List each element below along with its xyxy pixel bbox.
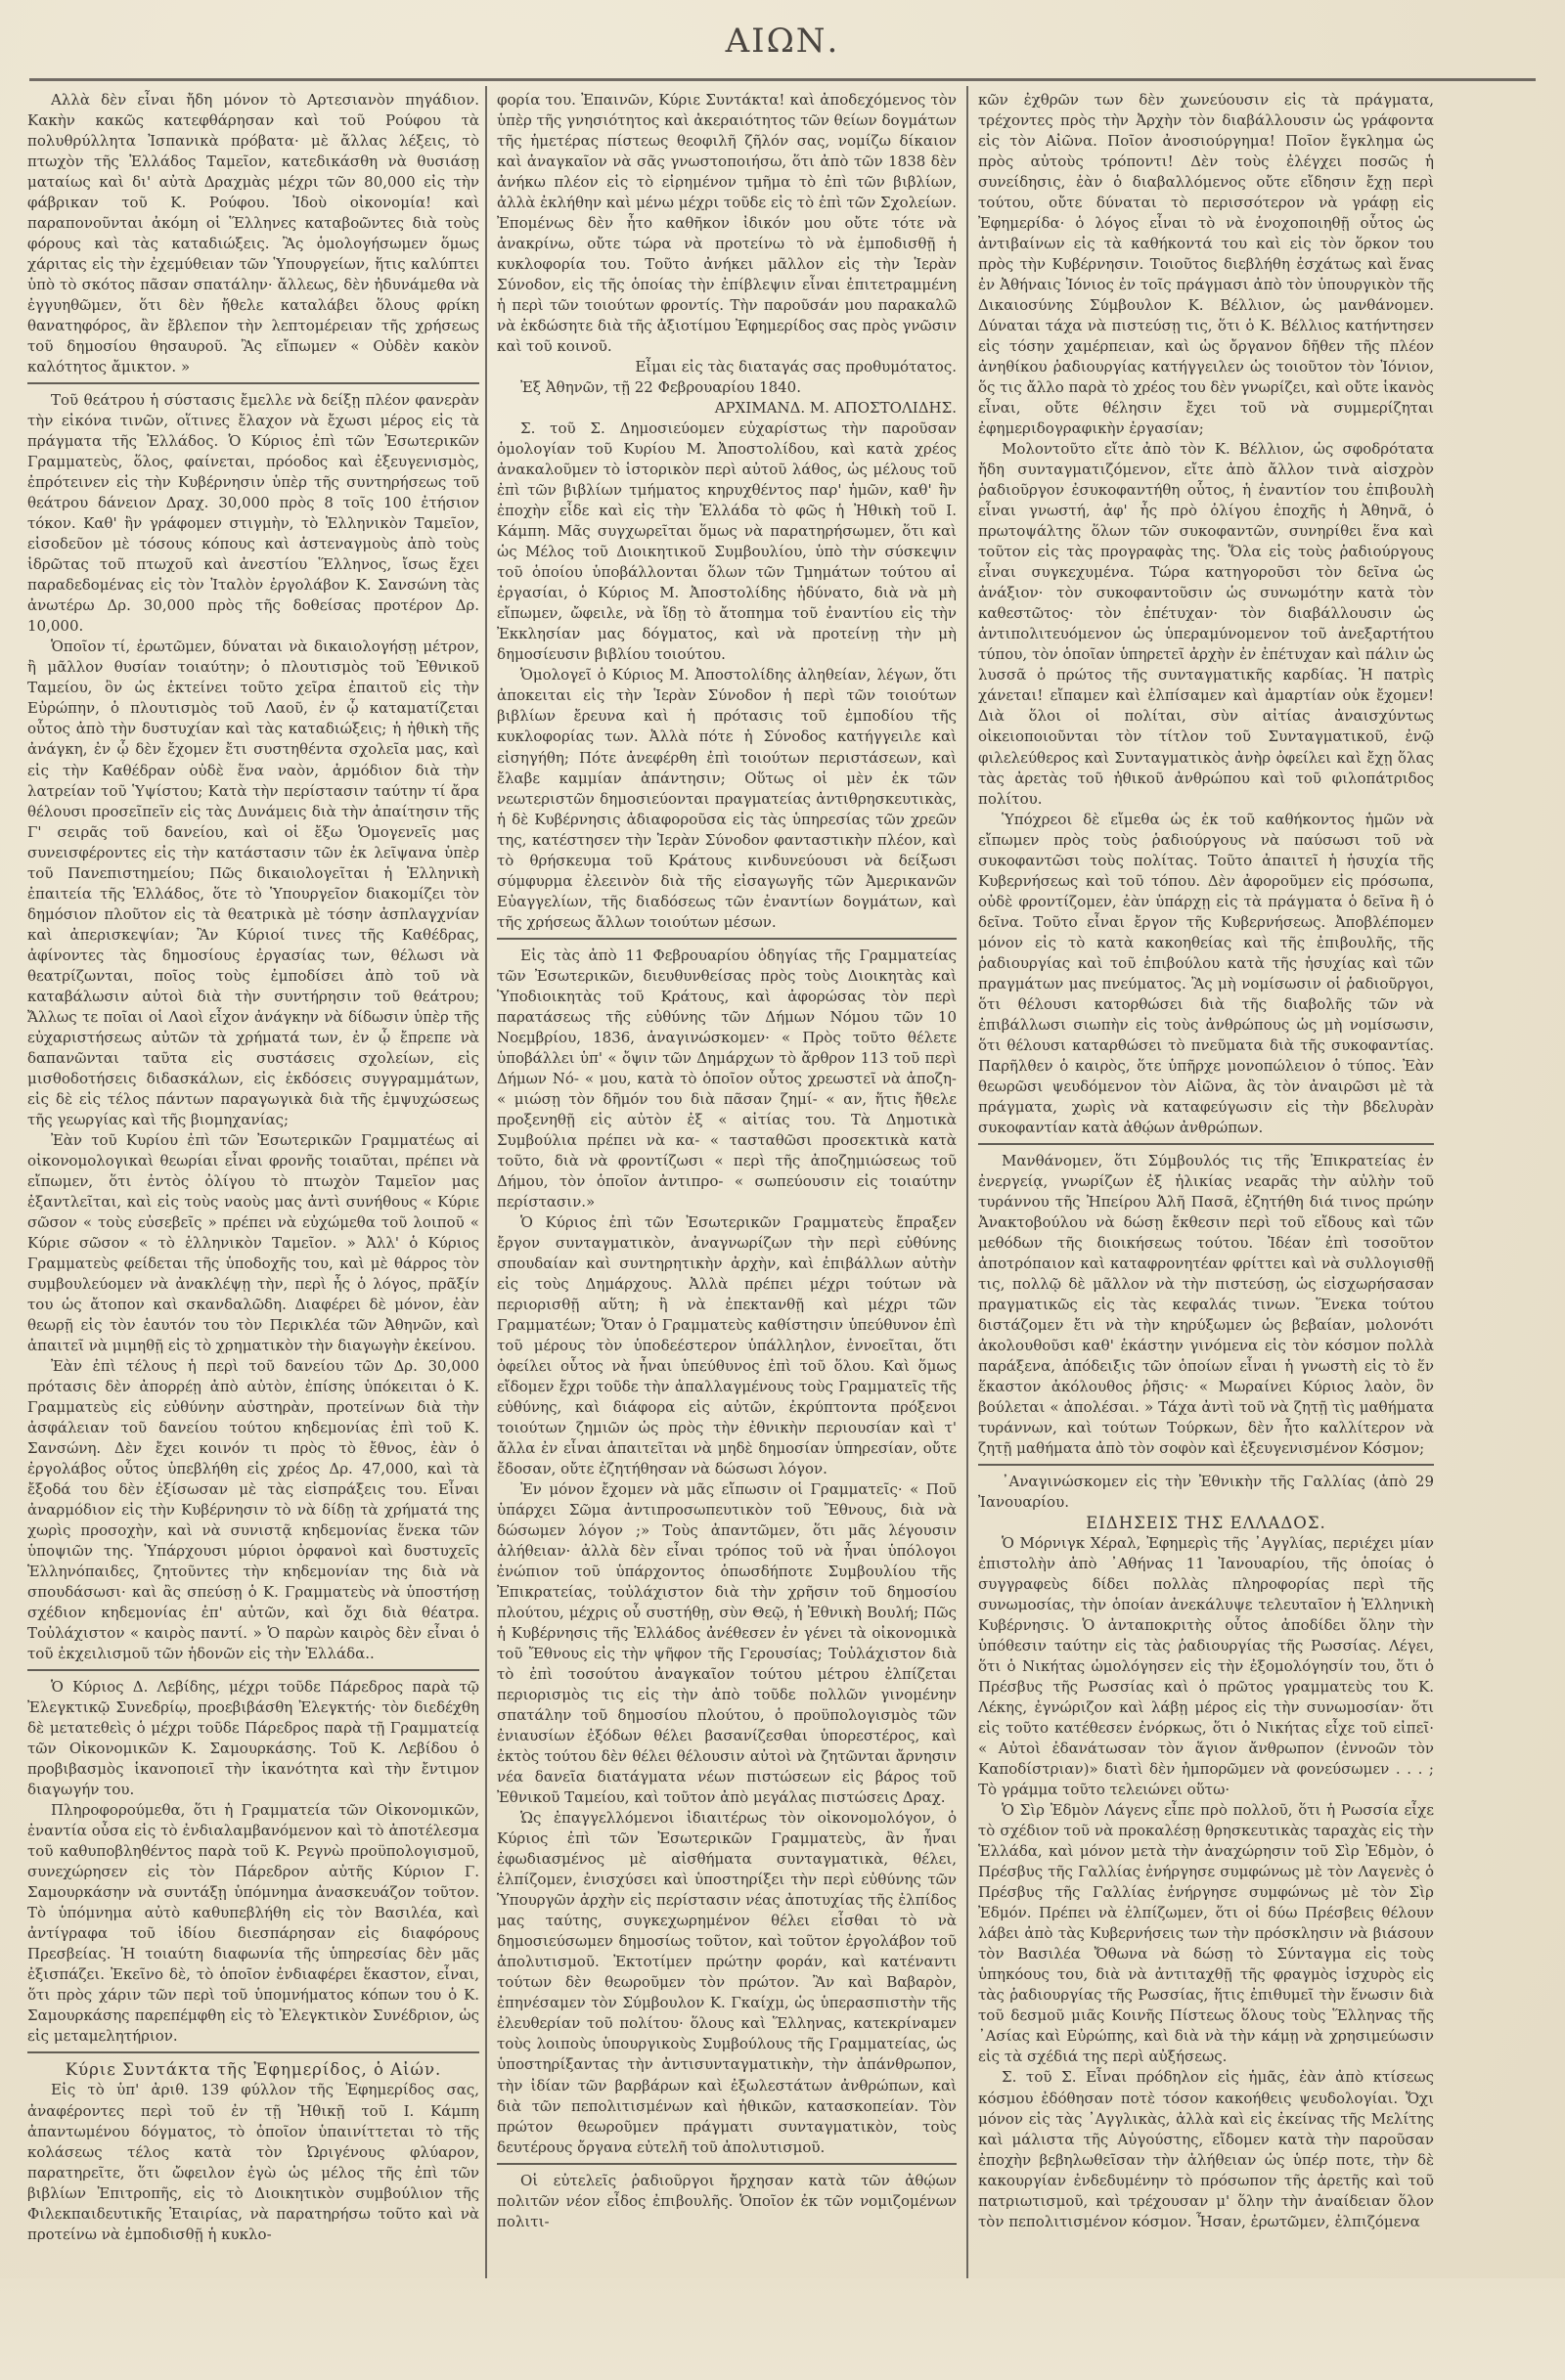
paragraph: Ὡς ἐπαγγελλόμενοι ἰδιαιτέρως τὸν οἰκονομ…	[497, 1808, 957, 2157]
paragraph: κῶν ἐχθρῶν των δὲν χωνεύουσιν εἰς τὰ πρά…	[978, 90, 1434, 439]
paragraph: Οἱ εὐτελεῖς ῥαδιοῦργοι ἤρχησαν κατὰ τῶν …	[497, 2171, 957, 2232]
paragraph: Ὁ Σὶρ Ἐδμὸν Λάγενς εἶπε πρὸ πολλοῦ, ὅτι …	[978, 1800, 1434, 2067]
paragraph: Εἶμαι εἰς τὰς διαταγάς σας προθυμότατος.	[497, 357, 957, 377]
newspaper-masthead: ΑΙΩΝ.	[0, 22, 1565, 61]
paragraph: Ἐὰν ἐπὶ τέλους ἡ περὶ τοῦ δανείου τῶν Δρ…	[27, 1356, 479, 1664]
article-separator	[497, 2163, 957, 2165]
paragraph: Μανθάνομεν, ὅτι Σύμβουλός τις τῆς Ἐπικρα…	[978, 1151, 1434, 1459]
column-3: κῶν ἐχθρῶν των δὲν χωνεύουσιν εἰς τὰ πρά…	[978, 90, 1434, 2232]
paragraph: Ὁ Κύριος Δ. Λεβίδης, μέχρι τοῦδε Πάρεδρο…	[27, 1677, 479, 1800]
article-separator	[978, 1464, 1434, 1466]
article-separator	[978, 1143, 1434, 1145]
article-letter-continued: φορία του. Ἐπαινῶν, Κύριε Συντάκτα! καὶ …	[497, 90, 957, 933]
article-letter-to-editor: Κύριε Συντάκτα τῆς Ἐφημερίδος, ὁ Αἰών. Ε…	[27, 2059, 479, 2244]
paragraph: Ὁ Κύριος ἐπὶ τῶν Ἐσωτερικῶν Γραμματεὺς ἔ…	[497, 1212, 957, 1479]
paragraph: Ἐν μόνον ἔχομεν νὰ μᾶς εἴπωσιν οἱ Γραμμα…	[497, 1479, 957, 1808]
article-separator	[27, 1669, 479, 1671]
paragraph: Ὑπόχρεοι δὲ εἴμεθα ὡς ἐκ τοῦ καθήκοντος …	[978, 810, 1434, 1138]
paragraph: φορία του. Ἐπαινῶν, Κύριε Συντάκτα! καὶ …	[497, 90, 957, 357]
paragraph: Ὁποῖον τί, ἐρωτῶμεν, δύναται νὰ δικαιολο…	[27, 637, 479, 1129]
column-divider-left	[485, 86, 487, 2281]
paragraph: Αλλὰ δὲν εἶναι ἤδη μόνον τὸ Αρτεσιανὸν π…	[27, 90, 479, 377]
article-ali-pasha: Μανθάνομεν, ὅτι Σύμβουλός τις τῆς Ἐπικρα…	[978, 1151, 1434, 1459]
column-2: φορία του. Ἐπαινῶν, Κύριε Συντάκτα! καὶ …	[497, 90, 957, 2232]
page-bottom-margin	[0, 2278, 1565, 2380]
article-municipal-responsibility: Εἰς τὰς ἀπὸ 11 Φεβρουαρίου ὁδηγίας τῆς Γ…	[497, 946, 957, 2158]
column-1: Αλλὰ δὲν εἶναι ἤδη μόνον τὸ Αρτεσιανὸν π…	[27, 90, 479, 2245]
letter-signature: ΑΡΧΙΜΑΝΔ. Μ. ΑΠΟΣΤΟΛΙΔΗΣ.	[497, 398, 957, 419]
article-levidis-promotion: Ὁ Κύριος Δ. Λεβίδης, μέχρι τοῦδε Πάρεδρο…	[27, 1677, 479, 2047]
article-intriguers: Οἱ εὐτελεῖς ῥαδιοῦργοι ἤρχησαν κατὰ τῶν …	[497, 2171, 957, 2232]
article-separator	[27, 2051, 479, 2053]
paragraph: Τοῦ θεάτρου ἡ σύστασις ἔμελλε νὰ δείξῃ π…	[27, 390, 479, 637]
article-artesian-well: Αλλὰ δὲν εἶναι ἤδη μόνον τὸ Αρτεσιανὸν π…	[27, 90, 479, 377]
section-heading: ΕΙΔΗΣΕΙΣ ΤΗΣ ΕΛΛΑΔΟΣ.	[978, 1513, 1434, 1533]
editor-note: Σ. τοῦ Σ. Δημοσιεύομεν εὐχαρίστως τὴν πα…	[497, 419, 957, 665]
paragraph: Πληροφορούμεθα, ὅτι ἡ Γραμματεία τῶν Οἰκ…	[27, 1800, 479, 2047]
article-slander: κῶν ἐχθρῶν των δὲν χωνεύουσιν εἰς τὰ πρά…	[978, 90, 1434, 1138]
paragraph: Εἰς τὸ ὑπ' ἀριθ. 139 φύλλον τῆς Ἐφημερίδ…	[27, 2080, 479, 2244]
letter-heading: Κύριε Συντάκτα τῆς Ἐφημερίδος, ὁ Αἰών.	[27, 2059, 479, 2080]
masthead-rule	[29, 78, 1536, 81]
intro-line: ᾿Αναγινώσκομεν εἰς τὴν Ἐθνικὴν τῆς Γαλλί…	[978, 1472, 1434, 1513]
paragraph: Εἰς τὰς ἀπὸ 11 Φεβρουαρίου ὁδηγίας τῆς Γ…	[497, 946, 957, 1212]
paragraph: Ὁμολογεῖ ὁ Κύριος Μ. Ἀποστολίδης ἀληθεία…	[497, 665, 957, 932]
column-divider-right	[966, 86, 968, 2281]
article-separator	[27, 382, 479, 384]
paragraph: Μολοντοῦτο εἴτε ἀπὸ τὸν Κ. Βέλλιον, ὡς σ…	[978, 439, 1434, 809]
article-news-of-greece: ᾿Αναγινώσκομεν εἰς τὴν Ἐθνικὴν τῆς Γαλλί…	[978, 1472, 1434, 2232]
article-separator	[497, 938, 957, 940]
letter-date: Ἐξ Ἀθηνῶν, τῇ 22 Φεβρουαρίου 1840.	[497, 377, 957, 398]
paragraph: Ἐὰν τοῦ Κυρίου ἐπὶ τῶν Ἐσωτερικῶν Γραμμα…	[27, 1130, 479, 1356]
paragraph: Ὁ Μόρνιγκ Χέραλ, Ἐφημερὶς τῆς ᾿Αγγλίας, …	[978, 1533, 1434, 1800]
paragraph: Σ. τοῦ Σ. Εἶναι πρόδηλον εἰς ἡμᾶς, ἐὰν ἀ…	[978, 2067, 1434, 2231]
article-theatre-loan: Τοῦ θεάτρου ἡ σύστασις ἔμελλε νὰ δείξῃ π…	[27, 390, 479, 1664]
